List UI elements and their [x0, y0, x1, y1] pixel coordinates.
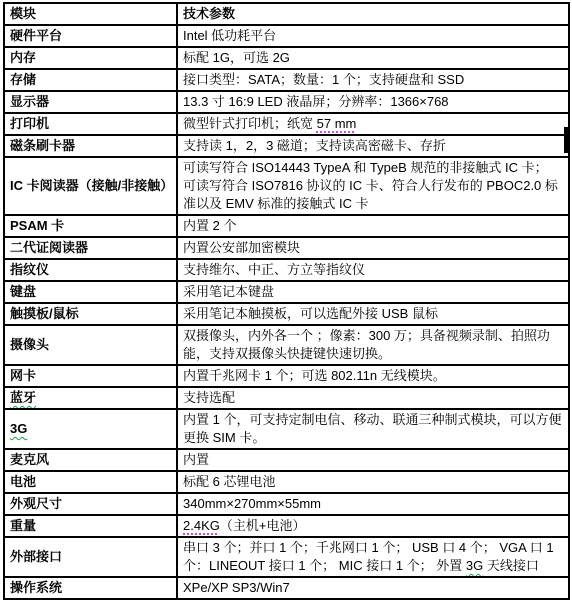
table-row-memory: 内存 标配 1G，可选 2G [4, 47, 569, 69]
module-cell: 重量 [4, 515, 177, 537]
param-cell: 支持维尔、中正、方立等指纹仪 [177, 259, 569, 281]
param-cell: 13.3 寸 16:9 LED 液晶屏；分辨率：1366×768 [177, 91, 569, 113]
table-row-battery: 电池 标配 6 芯锂电池 [4, 471, 569, 493]
module-cell: 触摸板/鼠标 [4, 303, 177, 325]
module-cell: 指纹仪 [4, 259, 177, 281]
param-cell: 内置公安部加密模块 [177, 237, 569, 259]
table-row-fingerprint-scanner: 指纹仪 支持维尔、中正、方立等指纹仪 [4, 259, 569, 281]
module-cell: 键盘 [4, 281, 177, 303]
param-text: 天线接口 [483, 558, 539, 573]
module-cell: 显示器 [4, 91, 177, 113]
param-text: 微型针式打印机；纸宽 [183, 116, 317, 131]
table-row-id-card-reader: 二代证阅读器 内置公安部加密模块 [4, 237, 569, 259]
module-cell: 3G [4, 409, 177, 449]
param-cell: 2.4KG（主机+电池） [177, 515, 569, 537]
table-row-display: 显示器 13.3 寸 16:9 LED 液晶屏；分辨率：1366×768 [4, 91, 569, 113]
table-header-row: 模块 技术参数 [4, 3, 569, 25]
spellcheck-marked-label: 3G [10, 421, 27, 436]
module-cell: 硬件平台 [4, 25, 177, 47]
param-cell: 标配 6 芯锂电池 [177, 471, 569, 493]
table-row-psam-card: PSAM 卡 内置 2 个 [4, 215, 569, 237]
module-cell: IC 卡阅读器（接触/非接触） [4, 157, 177, 215]
table-row-ic-card-reader: IC 卡阅读器（接触/非接触） 可读写符合 ISO14443 TypeA 和 T… [4, 157, 569, 215]
param-cell: 支持选配 [177, 387, 569, 409]
module-cell: 磁条刷卡器 [4, 135, 177, 157]
table-row-keyboard: 键盘 采用笔记本键盘 [4, 281, 569, 303]
grammar-marked-text: 57 mm [317, 116, 357, 131]
grammar-marked-text: 2.4KG [183, 518, 220, 533]
param-cell: 串口 3 个；并口 1 个；千兆网口 1 个； USB 口 4 个； VGA 口… [177, 537, 569, 577]
spellcheck-marked-label: 蓝牙 [10, 390, 36, 405]
param-cell: XPe/XP SP3/Win7 [177, 577, 569, 599]
module-cell: 网卡 [4, 365, 177, 387]
spec-table: 模块 技术参数 硬件平台 Intel 低功耗平台 内存 标配 1G，可选 2G … [3, 2, 570, 600]
table-row-hardware-platform: 硬件平台 Intel 低功耗平台 [4, 25, 569, 47]
param-text: （主机+电池） [220, 518, 306, 533]
param-cell: 340mm×270mm×55mm [177, 493, 569, 515]
table-row-storage: 存储 接口类型：SATA；数量：1 个；支持硬盘和 SSD [4, 69, 569, 91]
param-cell: 支持读 1，2，3 磁道；支持读高密磁卡、存折 [177, 135, 569, 157]
param-cell: 内置千兆网卡 1 个；可选 802.11n 无线模块。 [177, 365, 569, 387]
table-row-touchpad-mouse: 触摸板/鼠标 采用笔记本触摸板，可以选配外接 USB 鼠标 [4, 303, 569, 325]
table-row-network-card: 网卡 内置千兆网卡 1 个；可选 802.11n 无线模块。 [4, 365, 569, 387]
header-params-cell: 技术参数 [177, 3, 569, 25]
module-cell: 存储 [4, 69, 177, 91]
module-cell: 打印机 [4, 113, 177, 135]
module-cell: 二代证阅读器 [4, 237, 177, 259]
param-cell: 内置 [177, 449, 569, 471]
module-cell: 麦克风 [4, 449, 177, 471]
param-cell: 双摄像头，内外各一个 ；像素：300 万；具备视频录制、拍照功能，支持双摄像头快… [177, 325, 569, 365]
module-cell: 外观尺寸 [4, 493, 177, 515]
param-cell: 内置 2 个 [177, 215, 569, 237]
module-cell: 电池 [4, 471, 177, 493]
table-row-bluetooth: 蓝牙 支持选配 [4, 387, 569, 409]
table-row-microphone: 麦克风 内置 [4, 449, 569, 471]
param-cell: 接口类型：SATA；数量：1 个；支持硬盘和 SSD [177, 69, 569, 91]
param-cell: 可读写符合 ISO14443 TypeA 和 TypeB 规范的非接触式 IC … [177, 157, 569, 215]
module-cell: 操作系统 [4, 577, 177, 599]
table-row-external-ports: 外部接口 串口 3 个；并口 1 个；千兆网口 1 个； USB 口 4 个； … [4, 537, 569, 577]
param-cell: 微型针式打印机；纸宽 57 mm [177, 113, 569, 135]
table-row-operating-system: 操作系统 XPe/XP SP3/Win7 [4, 577, 569, 599]
header-module-cell: 模块 [4, 3, 177, 25]
module-cell: 蓝牙 [4, 387, 177, 409]
table-row-3g: 3G 内置 1 个，可支持定制电信、移动、联通三种制式模块，可以方便更换 SIM… [4, 409, 569, 449]
param-cell: 采用笔记本触摸板，可以选配外接 USB 鼠标 [177, 303, 569, 325]
module-cell: 内存 [4, 47, 177, 69]
table-row-printer: 打印机 微型针式打印机；纸宽 57 mm [4, 113, 569, 135]
param-line: 可读写符合 ISO14443 TypeA 和 TypeB 规范的非接触式 IC … [183, 159, 563, 177]
param-cell: Intel 低功耗平台 [177, 25, 569, 47]
table-border-smudge [564, 127, 569, 153]
module-cell: 摄像头 [4, 325, 177, 365]
param-cell: 内置 1 个，可支持定制电信、移动、联通三种制式模块，可以方便更换 SIM 卡。 [177, 409, 569, 449]
param-line: 可读写符合 ISO7816 协议的 IC 卡、符合人行发布的 PBOC2.0 标… [183, 177, 563, 213]
spec-sheet-page: 模块 技术参数 硬件平台 Intel 低功耗平台 内存 标配 1G，可选 2G … [0, 0, 572, 603]
table-row-dimensions: 外观尺寸 340mm×270mm×55mm [4, 493, 569, 515]
param-cell: 标配 1G，可选 2G [177, 47, 569, 69]
table-row-weight: 重量 2.4KG（主机+电池） [4, 515, 569, 537]
module-cell: PSAM 卡 [4, 215, 177, 237]
param-cell: 采用笔记本键盘 [177, 281, 569, 303]
module-cell: 外部接口 [4, 537, 177, 577]
spellcheck-marked-text: 3G [466, 558, 483, 573]
table-row-magstripe-reader: 磁条刷卡器 支持读 1，2，3 磁道；支持读高密磁卡、存折 [4, 135, 569, 157]
table-row-camera: 摄像头 双摄像头，内外各一个 ；像素：300 万；具备视频录制、拍照功能，支持双… [4, 325, 569, 365]
